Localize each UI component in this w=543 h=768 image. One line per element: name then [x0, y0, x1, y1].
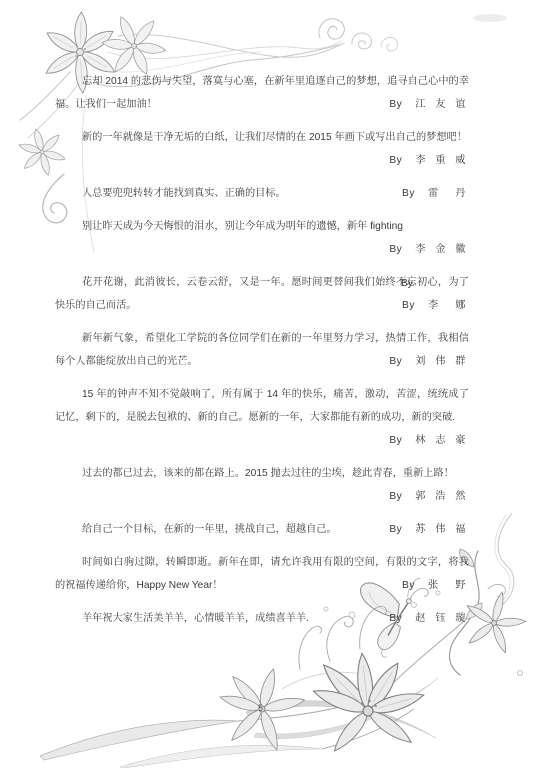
- by-label: By: [402, 300, 415, 311]
- byline: By林 志 豪: [389, 429, 469, 452]
- author-name: 张 野: [428, 580, 469, 591]
- author-name: 江 友 谊: [415, 99, 469, 110]
- author-name: 赵 钰 璇: [415, 613, 469, 624]
- message-text: 过去的都已过去，该来的都在路上。2015 抛去过往的尘埃，趁此青春，重新上路！: [82, 468, 454, 479]
- author-name: 李 重 威: [415, 155, 469, 166]
- byline: By李 金 徽: [389, 238, 469, 261]
- byline: By赵 钰 璇: [389, 607, 469, 630]
- author-name: 苏 伟 福: [415, 524, 469, 535]
- messages-area: 忘却 2014 的悲伤与失望，落寞与心塞，在新年里追逐自己的梦想，追寻自己心中的…: [55, 70, 469, 640]
- message-paragraph: 人总要兜兜转转才能找到真实、正确的目标。 By雷 丹: [55, 182, 469, 205]
- byline: By江 友 谊: [389, 93, 469, 116]
- message-text: 羊年祝大家生活美羊羊，心情暖羊羊，成绩喜羊羊.: [82, 613, 309, 624]
- overlapping-by-artifact: By: [401, 272, 413, 295]
- smudge-icon: [473, 14, 507, 22]
- page-number: 5: [258, 703, 263, 713]
- byline: By张 野: [402, 574, 469, 597]
- message-paragraph: 给自己一个目标，在新的一年里，挑战自己，超越自己。 By苏 伟 福: [55, 518, 469, 541]
- by-label: By: [389, 99, 402, 110]
- message-paragraph: 新的一年就像是干净无垢的白纸，让我们尽情的在 2015 年画下或写出自己的梦想吧…: [55, 126, 469, 172]
- by-label: By: [402, 580, 415, 591]
- byline: By雷 丹: [402, 182, 469, 205]
- author-name: 刘 伟 群: [415, 356, 469, 367]
- message-text: 给自己一个目标，在新的一年里，挑战自己，超越自己。: [82, 524, 337, 535]
- byline: By郭 浩 然: [389, 485, 469, 508]
- by-label: By: [389, 613, 402, 624]
- message-text: 新的一年就像是干净无垢的白纸，让我们尽情的在 2015 年画下或写出自己的梦想吧…: [82, 132, 467, 143]
- message-paragraph: 新年新气象，希望化工学院的各位同学们在新的一年里努力学习，热情工作，我相信每个人…: [55, 327, 469, 373]
- byline: By刘 伟 群: [389, 350, 469, 373]
- document-page: 忘却 2014 的悲伤与失望，落寞与心塞，在新年里追逐自己的梦想，追寻自己心中的…: [0, 0, 543, 768]
- author-name: 雷 丹: [428, 188, 469, 199]
- message-paragraph: 别让昨天成为今天悔恨的泪水，别让今年成为明年的遗憾，新年 fighting By…: [55, 215, 469, 261]
- leaf-curve-icon: [246, 672, 438, 738]
- message-text: 人总要兜兜转转才能找到真实、正确的目标。: [82, 188, 286, 199]
- by-label: By: [389, 244, 402, 255]
- flower-sketch-icon: [214, 660, 314, 760]
- by-label: By: [389, 435, 402, 446]
- message-text: 15 年的钟声不知不觉敲响了，所有属于 14 年的快乐，痛苦，激动，苦涩，统统成…: [55, 389, 469, 423]
- message-paragraph: 15 年的钟声不知不觉敲响了，所有属于 14 年的快乐，痛苦，激动，苦涩，统统成…: [55, 383, 469, 452]
- swirl-icon: [319, 19, 398, 51]
- ribbon-icon: [495, 513, 514, 605]
- message-paragraph: 过去的都已过去，该来的都在路上。2015 抛去过往的尘埃，趁此青春，重新上路！ …: [55, 462, 469, 508]
- leaf-icon: [40, 720, 322, 768]
- by-label: By: [402, 188, 415, 199]
- message-paragraph: 时间如白驹过隙，转瞬即逝。新年在即，请允许我用有限的空间，有限的文字，将我的祝福…: [55, 551, 469, 597]
- message-paragraph: 羊年祝大家生活美羊羊，心情暖羊羊，成绩喜羊羊. By赵 钰 璇: [55, 607, 469, 630]
- byline: By李 娜: [402, 294, 469, 317]
- author-name: 李 金 徽: [415, 244, 469, 255]
- message-paragraph: 花开花谢，此消彼长，云卷云舒，又是一年。愿时间更替间我们始终不忘初心，为了快乐的…: [55, 271, 469, 317]
- by-label: By: [389, 524, 402, 535]
- author-name: 郭 浩 然: [415, 491, 469, 502]
- message-text: 别让昨天成为今天悔恨的泪水，别让今年成为明年的遗憾，新年 fighting: [82, 221, 403, 232]
- byline: By苏 伟 福: [389, 518, 469, 541]
- message-paragraph: 忘却 2014 的悲伤与失望，落寞与心塞，在新年里追逐自己的梦想，追寻自己心中的…: [55, 70, 469, 116]
- byline: By李 重 威: [389, 149, 469, 172]
- flower-sketch-icon: [304, 645, 432, 766]
- by-label: By: [389, 356, 402, 367]
- author-name: 李 娜: [428, 300, 469, 311]
- by-label: By: [389, 155, 402, 166]
- by-label: By: [389, 491, 402, 502]
- author-name: 林 志 豪: [415, 435, 469, 446]
